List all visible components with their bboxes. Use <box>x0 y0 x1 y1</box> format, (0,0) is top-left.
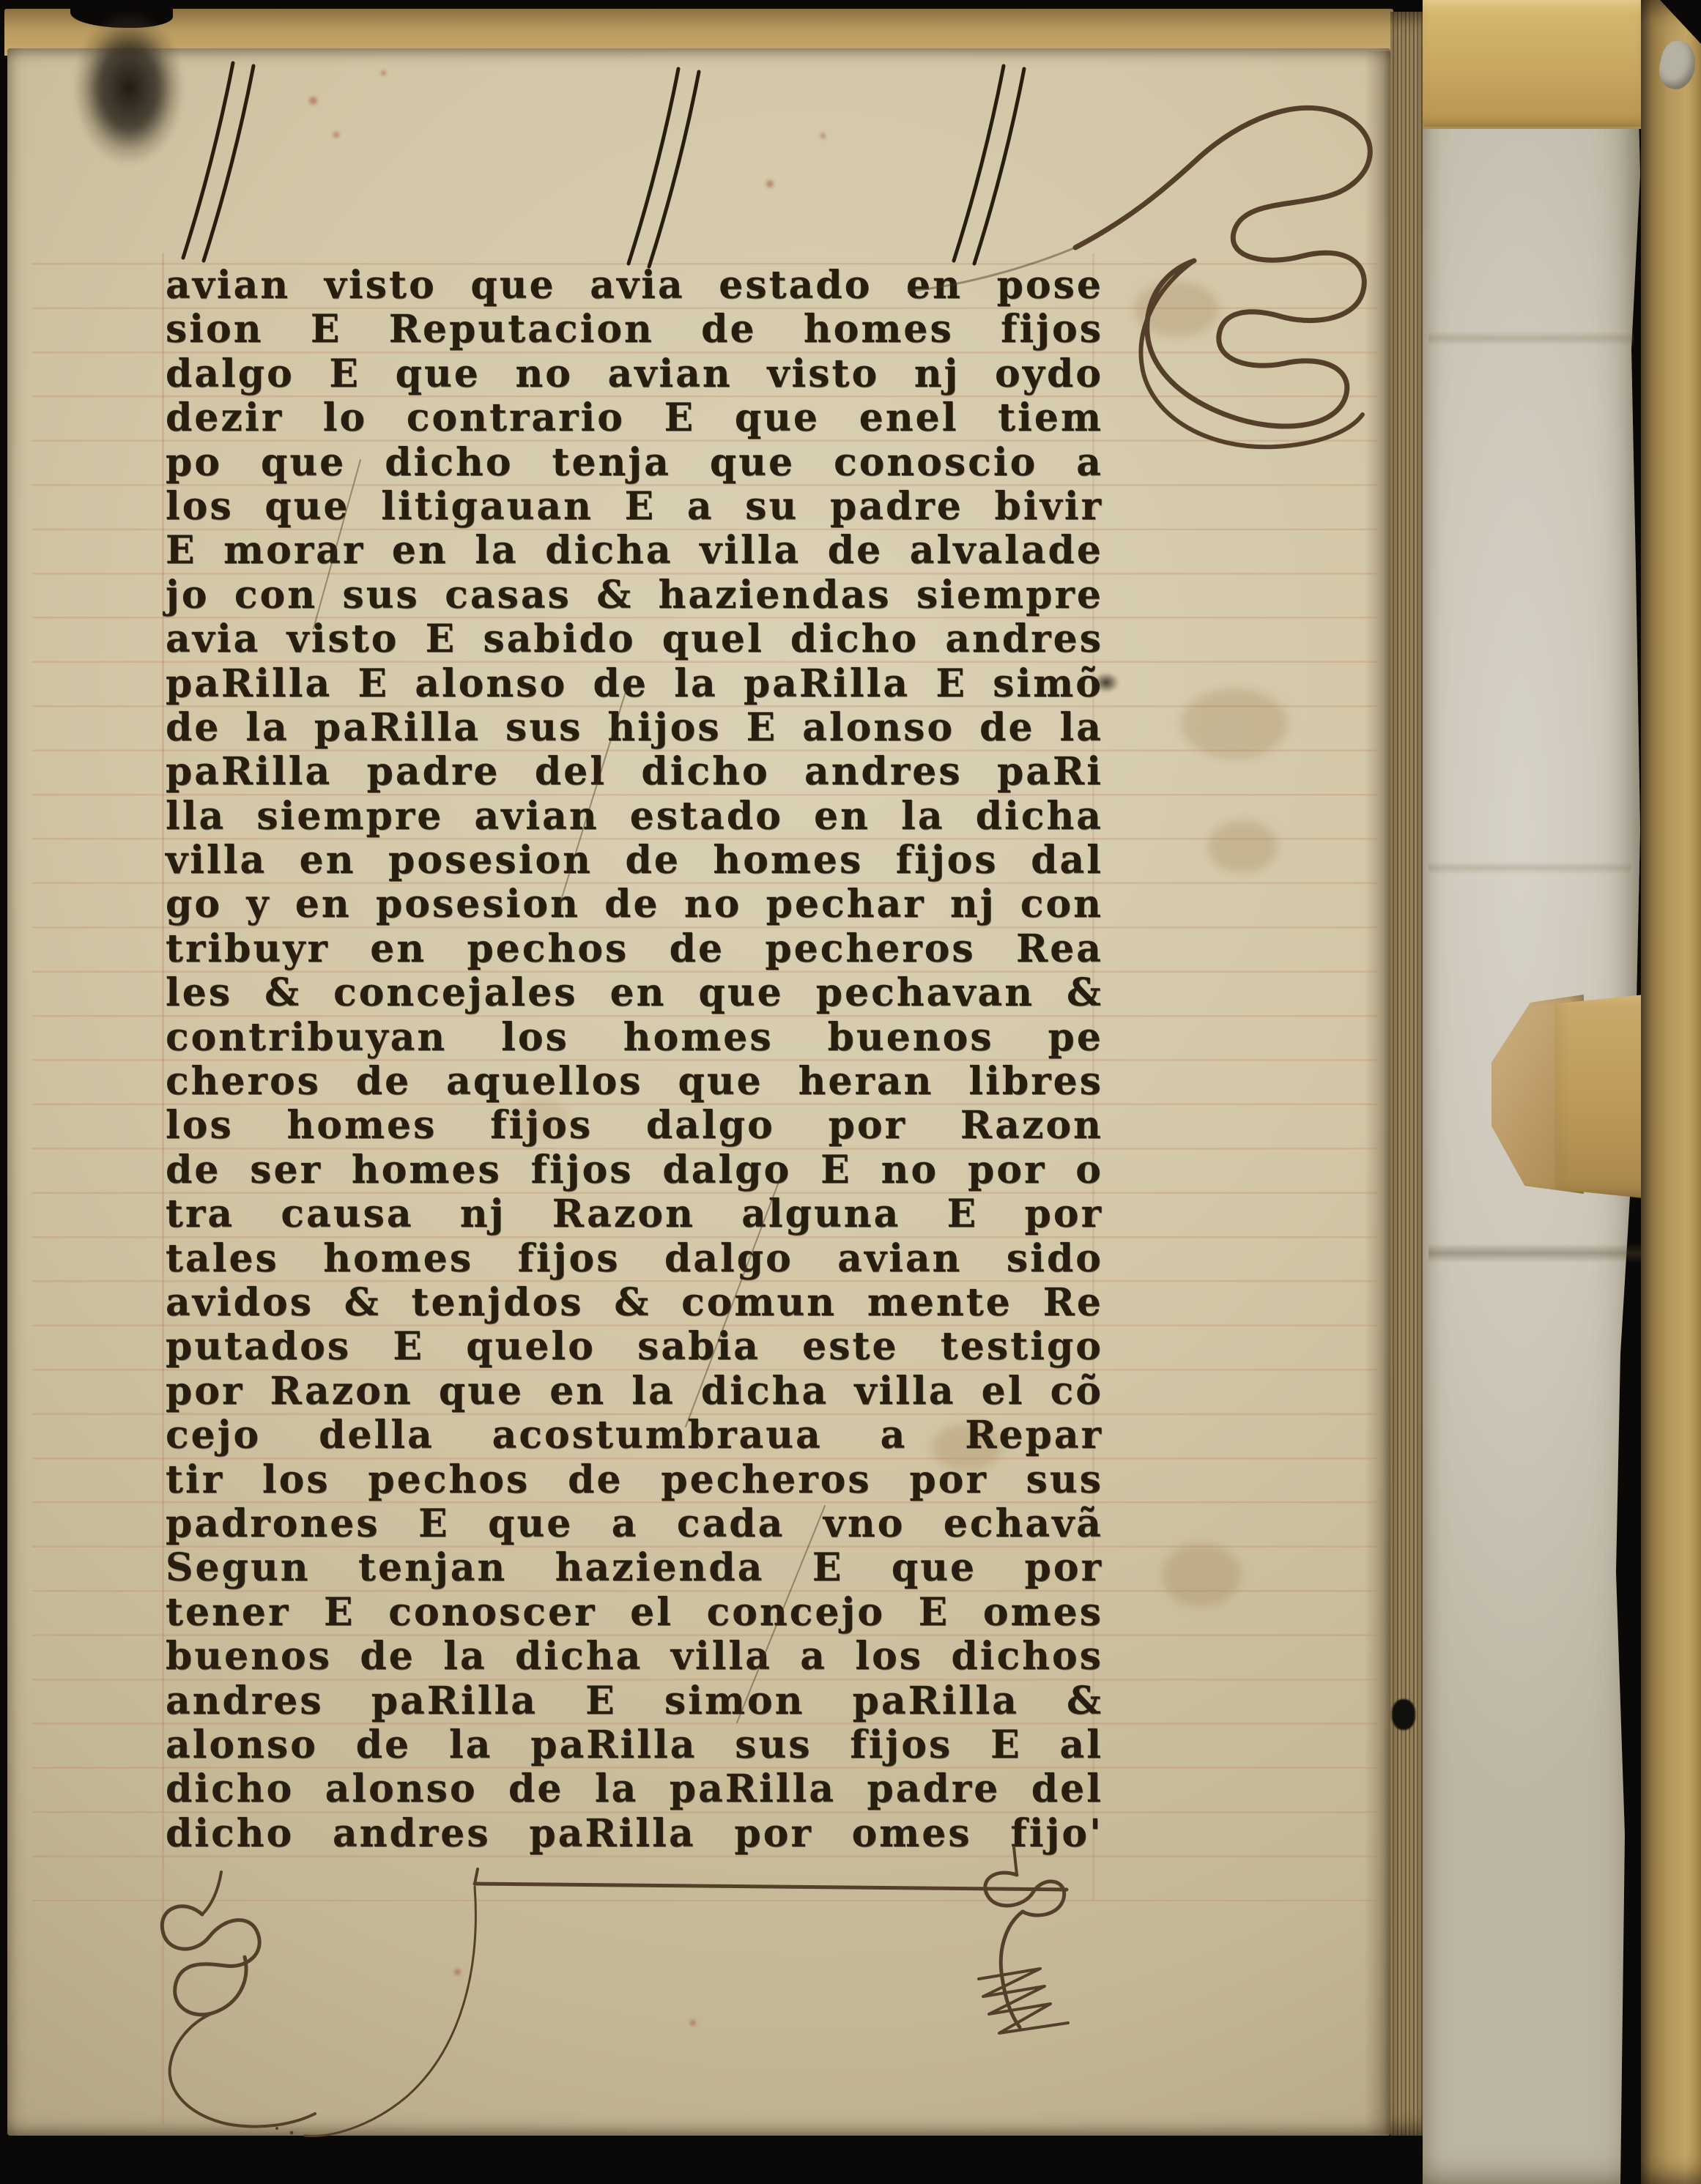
text-line-34: alonso de la paRilla sus fijos E al <box>166 1723 1103 1767</box>
vellum-crease <box>1428 861 1631 874</box>
text-line-1: avian visto que avia estado en pose <box>166 264 1103 308</box>
text-line-13: lla siempre avian estado en la dicha <box>166 795 1103 839</box>
text-line-27: cejo della acostumbraua a Repar <box>166 1414 1103 1457</box>
text-line-7: E morar en la dicha villa de alvalade <box>166 529 1103 573</box>
text-line-4: dezir lo contrario E que enel tiem <box>166 396 1103 440</box>
strap-shadow <box>1428 1244 1641 1263</box>
text-line-11: de la paRilla sus hijos E alonso de la <box>166 706 1103 750</box>
text-line-5: po que dicho tenja que conoscio a <box>166 441 1103 485</box>
text-line-14: villa en posesion de homes fijos dal <box>166 839 1103 883</box>
text-line-2: sion E Reputacion de homes fijos <box>166 308 1103 352</box>
text-block: avian visto que avia estado en posesion … <box>166 264 1103 1856</box>
rust-spot <box>381 70 386 75</box>
text-line-26: por Razon que en la dicha villa el cõ <box>166 1370 1103 1414</box>
rust-spot <box>766 180 774 187</box>
rust-spot <box>309 97 317 105</box>
rust-spot <box>454 1969 461 1975</box>
text-line-12: paRilla padre del dicho andres paRi <box>166 750 1103 794</box>
fore-edge-notch <box>1392 1699 1415 1730</box>
text-line-31: tener E conoscer el concejo E omes <box>166 1591 1103 1635</box>
cover-edge-strip <box>1641 0 1701 2184</box>
text-line-19: cheros de aquellos que heran libres <box>166 1060 1103 1104</box>
text-line-24: avidos & tenjdos & comun mente Re <box>166 1281 1103 1325</box>
cover-turn-in <box>1423 0 1641 129</box>
text-line-22: tra causa nj Razon alguna E por <box>166 1192 1103 1236</box>
text-line-20: los homes fijos dalgo por Razon <box>166 1104 1103 1148</box>
text-line-23: tales homes fijos dalgo avian sido <box>166 1237 1103 1281</box>
text-line-21: de ser homes fijos dalgo E no por o <box>166 1148 1103 1192</box>
text-line-25: putados E quelo sabia este testigo <box>166 1325 1103 1369</box>
text-line-35: dicho alonso de la paRilla padre del <box>166 1767 1103 1811</box>
brown-stain <box>1162 1544 1241 1607</box>
text-line-29: padrones E que a cada vno echavã <box>166 1502 1103 1546</box>
text-line-30: Segun tenjan hazienda E que por <box>166 1546 1103 1590</box>
fore-edge-leaves <box>1390 12 1424 2136</box>
rust-spot <box>690 2020 696 2026</box>
text-line-32: buenos de la dicha villa a los dichos <box>166 1635 1103 1679</box>
text-line-15: go y en posesion de no pechar nj con <box>166 883 1103 926</box>
burn-stain <box>73 10 185 166</box>
text-line-28: tir los pechos de pecheros por sus <box>166 1458 1103 1502</box>
text-line-36: dicho andres paRilla por omes fijo' <box>166 1812 1103 1856</box>
text-line-9: avia visto E sabido quel dicho andres <box>166 617 1103 661</box>
text-line-17: les & concejales en que pechavan & <box>166 971 1103 1015</box>
text-line-8: jo con sus casas & haziendas siempre <box>166 573 1103 617</box>
brown-stain <box>1181 688 1288 759</box>
left-margin-rule <box>162 253 164 2125</box>
text-line-18: contribuyan los homes buenos pe <box>166 1016 1103 1060</box>
manuscript-photo: avian visto que avia estado en posesion … <box>0 0 1701 2184</box>
text-line-16: tribuyr en pechos de pecheros Rea <box>166 927 1103 971</box>
brown-stain <box>1134 281 1219 337</box>
text-line-3: dalgo E que no avian visto nj oydo <box>166 352 1103 396</box>
text-line-10: paRilla E alonso de la paRilla E simõ <box>166 662 1103 706</box>
brown-stain <box>1207 820 1278 873</box>
rust-spot <box>820 133 826 138</box>
text-line-33: andres paRilla E simon paRilla & <box>166 1679 1103 1723</box>
text-line-6: los que litigauan E a su padre bivir <box>166 485 1103 529</box>
vellum-crease <box>1428 331 1634 346</box>
rust-spot <box>333 132 339 138</box>
